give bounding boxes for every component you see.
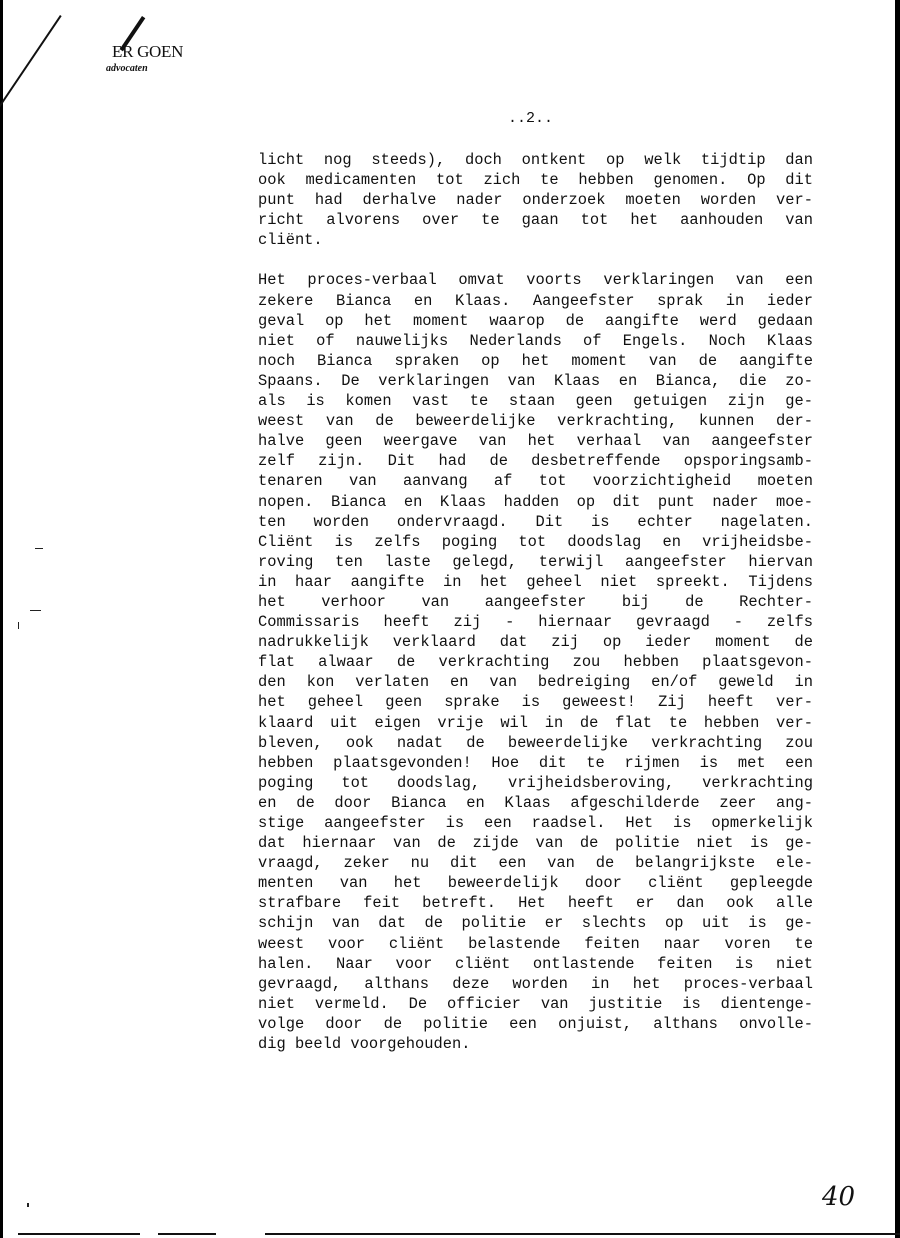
text-line: het geheel geen sprake is geweest! Zij h… — [258, 692, 813, 712]
text-line: tenaren van aanvang af tot voorzichtighe… — [258, 471, 813, 491]
scan-mark — [30, 610, 41, 611]
text-line: halve geen weergave van het verhaal van … — [258, 431, 813, 451]
text-line: menten van het beweerdelijk door cliënt … — [258, 873, 813, 893]
bottom-rule — [18, 1233, 140, 1235]
text-line: richt alvorens over te gaan tot het aanh… — [258, 210, 813, 230]
text-line: gevraagd, althans deze worden in het pro… — [258, 974, 813, 994]
scan-mark — [18, 622, 19, 629]
text-line: klaard uit eigen vrije wil in de flat te… — [258, 713, 813, 733]
text-line: stige aangeefster is een raadsel. Het is… — [258, 813, 813, 833]
text-line: strafbare feit betreft. Het heeft er dan… — [258, 893, 813, 913]
text-line: halen. Naar voor cliënt ontlastende feit… — [258, 954, 813, 974]
text-line: Commissaris heeft zij - hiernaar gevraag… — [258, 612, 813, 632]
text-line: dat hiernaar van de zijde van de politie… — [258, 833, 813, 853]
text-line: zelf zijn. Dit had de desbetreffende ops… — [258, 451, 813, 471]
text-line: weest van de beweerdelijke verkrachting,… — [258, 411, 813, 431]
text-line: bleven, ook nadat de beweerdelijke verkr… — [258, 733, 813, 753]
document-body: licht nog steeds), doch ontkent op welk … — [258, 150, 813, 1054]
text-line: roving ten laste gelegd, terwijl aangeef… — [258, 552, 813, 572]
text-line: schijn van dat de politie er slechts op … — [258, 913, 813, 933]
text-line: flat alwaar de verkrachting zou hebben p… — [258, 652, 813, 672]
text-line: niet vermeld. De officier van justitie i… — [258, 994, 813, 1014]
text-line: het verhoor van aangeefster bij de Recht… — [258, 592, 813, 612]
firm-name: ER GOEN — [112, 42, 183, 62]
text-line: poging tot doodslag, vrijheidsberoving, … — [258, 773, 813, 793]
handwritten-page-number: 40 — [822, 1182, 855, 1212]
page-marker: ..2.. — [508, 110, 553, 127]
text-line: in haar aangifte in het geheel niet spre… — [258, 572, 813, 592]
letterhead: ER GOEN advocaten — [112, 42, 183, 74]
scan-mark — [27, 1203, 29, 1207]
text-line: en de door Bianca en Klaas afgeschilderd… — [258, 793, 813, 813]
bottom-rule — [158, 1233, 216, 1235]
text-line: den kon verlaten en van bedreiging en/of… — [258, 672, 813, 692]
paragraph: Het proces-verbaal omvat voorts verklari… — [258, 270, 813, 1054]
text-line: zekere Bianca en Klaas. Aangeefster spra… — [258, 291, 813, 311]
firm-subtitle: advocaten — [106, 63, 183, 74]
text-line: ook medicamenten tot zich te hebben geno… — [258, 170, 813, 190]
text-line: Het proces-verbaal omvat voorts verklari… — [258, 270, 813, 290]
paragraph: licht nog steeds), doch ontkent op welk … — [258, 150, 813, 250]
text-line: niet of nauwelijks Nederlands of Engels.… — [258, 331, 813, 351]
text-line: Cliënt is zelfs poging tot doodslag en v… — [258, 532, 813, 552]
text-line: volge door de politie een onjuist, altha… — [258, 1014, 813, 1034]
text-line: Spaans. De verklaringen van Klaas en Bia… — [258, 371, 813, 391]
text-line: punt had derhalve nader onderzoek moeten… — [258, 190, 813, 210]
text-line: weest voor cliënt belastende feiten naar… — [258, 934, 813, 954]
text-line: geval op het moment waarop de aangifte w… — [258, 311, 813, 331]
text-line: vraagd, zeker nu dit een van de belangri… — [258, 853, 813, 873]
text-line: als is komen vast te staan geen getuigen… — [258, 391, 813, 411]
text-line: licht nog steeds), doch ontkent op welk … — [258, 150, 813, 170]
text-line: ten worden ondervraagd. Dit is echter na… — [258, 512, 813, 532]
text-line: dig beeld voorgehouden. — [258, 1034, 813, 1054]
pen-stroke — [0, 15, 62, 190]
text-line: nadrukkelijk verklaard dat zij op ieder … — [258, 632, 813, 652]
scan-left-edge — [0, 0, 3, 1238]
scan-mark — [35, 548, 43, 549]
text-line: nopen. Bianca en Klaas hadden op dit pun… — [258, 492, 813, 512]
text-line: noch Bianca spraken op het moment van de… — [258, 351, 813, 371]
text-line: hebben plaatsgevonden! Hoe dit te rijmen… — [258, 753, 813, 773]
bottom-rule — [265, 1233, 900, 1235]
paragraph-gap — [258, 250, 813, 270]
scan-right-edge — [895, 0, 900, 1238]
text-line: cliënt. — [258, 230, 813, 250]
